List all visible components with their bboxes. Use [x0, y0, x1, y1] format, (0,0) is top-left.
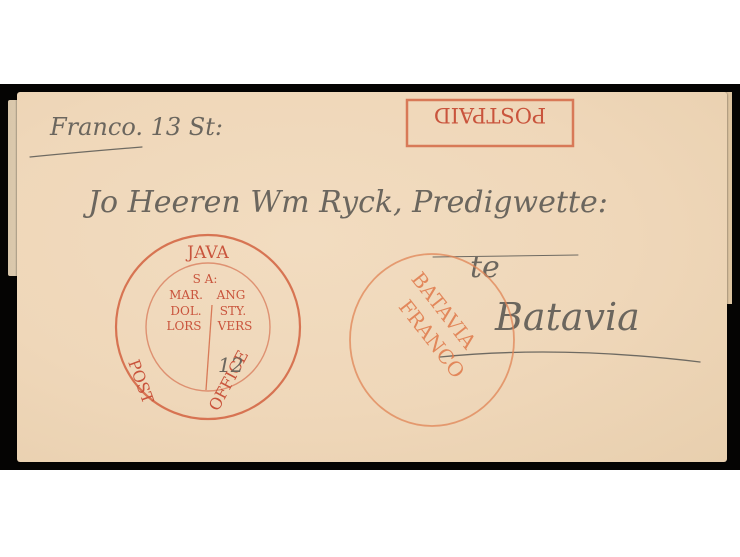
svg-text:MAR.: MAR.: [169, 288, 203, 302]
batavia-franco-postmark: BATAVIA FRANCO: [350, 254, 514, 426]
address-line-3: Batavia: [494, 295, 640, 339]
svg-text:STY.: STY.: [220, 304, 246, 318]
postpaid-handstamp: POSTPAID: [407, 100, 573, 146]
rate-note: Franco. 13 St:: [30, 113, 223, 157]
svg-text:DOL.: DOL.: [170, 304, 201, 318]
rate-note-text: Franco. 13 St:: [49, 113, 223, 141]
java-top-text: JAVA: [185, 243, 229, 263]
manuscript-rate-12: 12: [218, 353, 243, 377]
postpaid-text: POSTPAID: [434, 103, 546, 127]
java-post-office-postmark: JAVA POST OFFICE S A: MAR. ANG DOL. STY.…: [116, 235, 300, 419]
address-line-2: te: [470, 250, 500, 285]
svg-text:LORS: LORS: [166, 319, 201, 333]
cover-markings: POSTPAID Franco. 13 St: Jo Heeren Wm Ryc…: [0, 0, 740, 557]
address-line-1: Jo Heeren Wm Ryck, Predigwette:: [82, 185, 608, 220]
svg-text:S A:: S A:: [193, 272, 218, 286]
java-left-text: POST: [124, 357, 158, 407]
svg-text:VERS: VERS: [217, 319, 253, 333]
svg-text:ANG: ANG: [216, 288, 246, 302]
